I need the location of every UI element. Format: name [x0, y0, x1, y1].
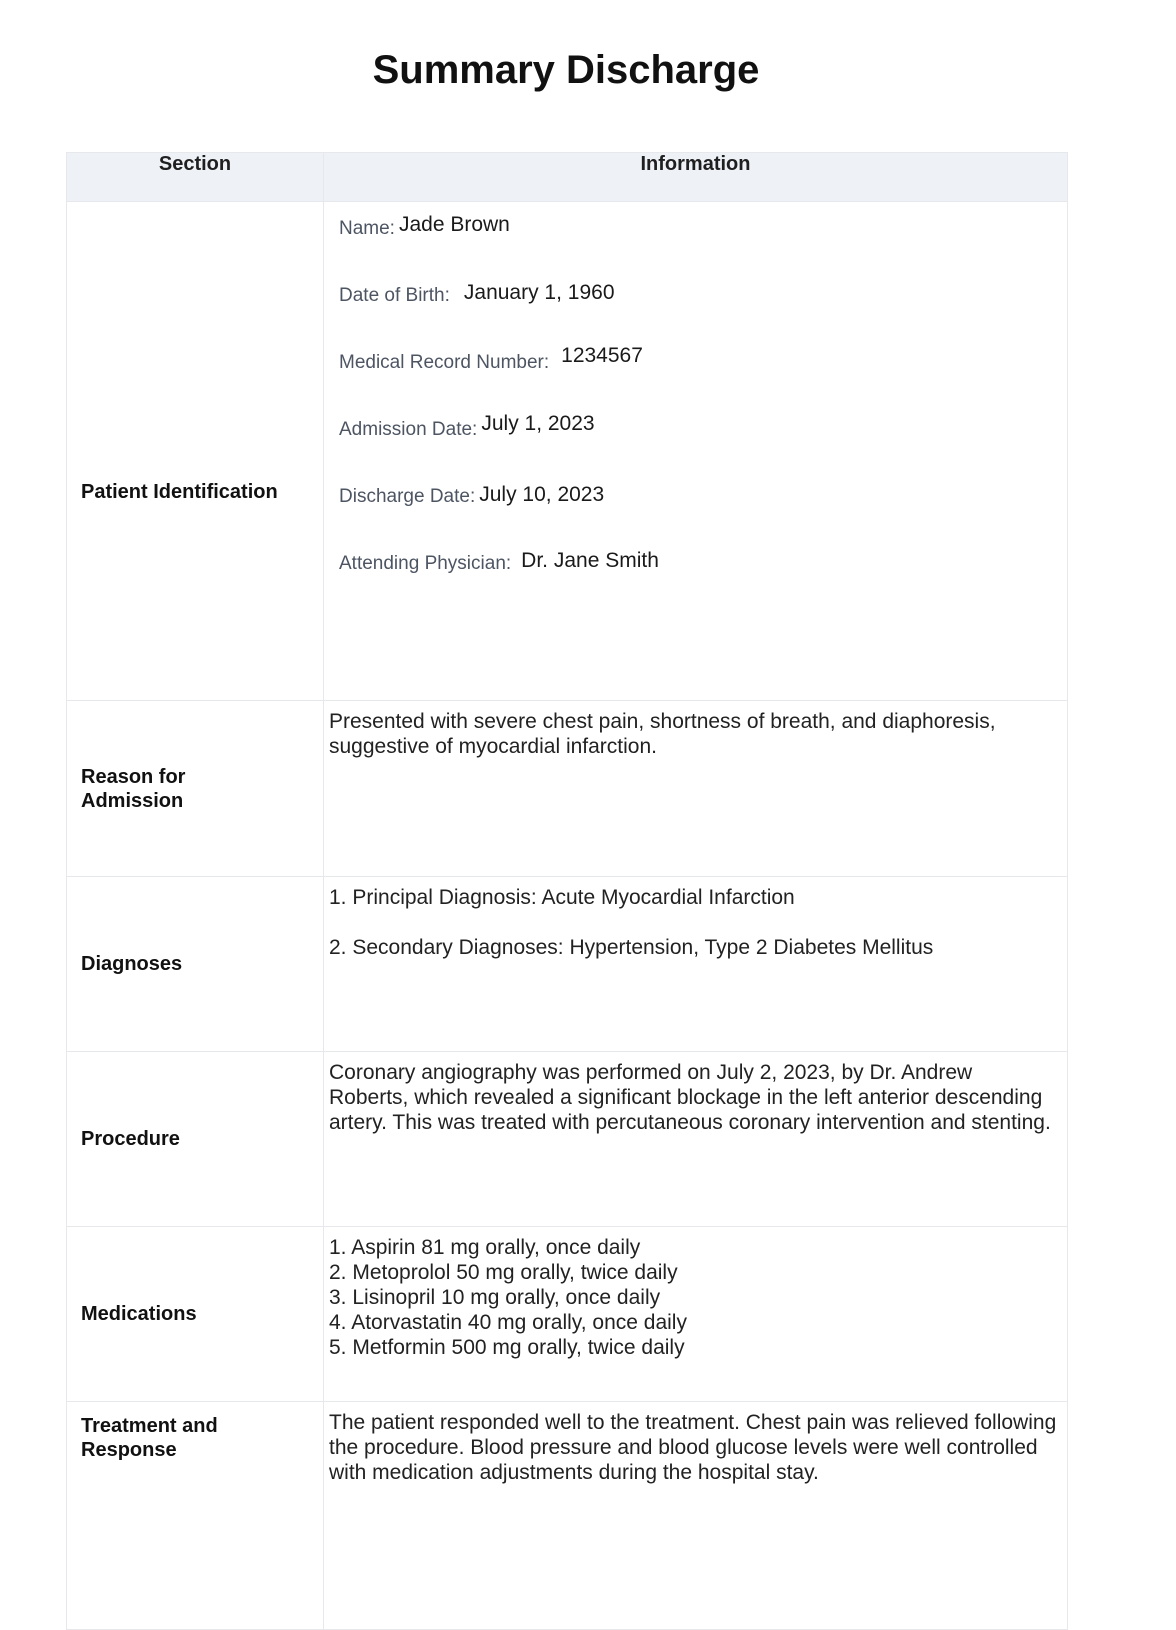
table-row-diagnoses: Diagnoses 1. Principal Diagnosis: Acute …: [67, 877, 1068, 1052]
field-value: 1234567: [561, 344, 643, 367]
reason-for-admission-text: Presented with severe chest pain, shortn…: [324, 701, 1068, 877]
field-label: Name:: [339, 218, 395, 239]
medication-item: 5. Metformin 500 mg orally, twice daily: [329, 1335, 1057, 1360]
field-label: Date of Birth:: [339, 285, 450, 306]
medications-info: 1. Aspirin 81 mg orally, once daily 2. M…: [324, 1227, 1068, 1402]
field-label: Admission Date:: [339, 419, 477, 440]
section-label: Treatment and Response: [67, 1402, 324, 1630]
treatment-and-response-text: The patient responded well to the treatm…: [324, 1402, 1068, 1630]
medication-item: 1. Aspirin 81 mg orally, once daily: [329, 1235, 1057, 1260]
field-value: January 1, 1960: [464, 281, 615, 304]
procedure-text: Coronary angiography was performed on Ju…: [324, 1052, 1068, 1227]
table-row-patient-identification: Patient Identification Name:Jade Brown D…: [67, 202, 1068, 701]
field-medical-record-number: Medical Record Number:1234567: [339, 350, 1067, 417]
medication-item: 3. Lisinopril 10 mg orally, once daily: [329, 1285, 1057, 1310]
discharge-summary-table: Section Information Patient Identificati…: [66, 152, 1068, 1630]
field-admission-date: Admission Date:July 1, 2023: [339, 417, 1067, 484]
table-header-row: Section Information: [67, 153, 1068, 202]
table-row-treatment-and-response: Treatment and Response The patient respo…: [67, 1402, 1068, 1630]
section-label: Patient Identification: [67, 202, 324, 701]
field-value: July 10, 2023: [479, 483, 604, 506]
field-value: July 1, 2023: [481, 412, 594, 435]
patient-identification-info: Name:Jade Brown Date of Birth:January 1,…: [324, 202, 1068, 701]
section-label: Diagnoses: [67, 877, 324, 1052]
field-label: Attending Physician:: [339, 553, 511, 574]
column-header-section: Section: [67, 153, 324, 202]
field-value: Jade Brown: [399, 213, 510, 236]
field-name: Name:Jade Brown: [339, 216, 1067, 283]
field-date-of-birth: Date of Birth:January 1, 1960: [339, 283, 1067, 350]
field-label: Discharge Date:: [339, 486, 475, 507]
diagnosis-item: 2. Secondary Diagnoses: Hypertension, Ty…: [329, 935, 1057, 960]
table-row-medications: Medications 1. Aspirin 81 mg orally, onc…: [67, 1227, 1068, 1402]
field-discharge-date: Discharge Date:July 10, 2023: [339, 484, 1067, 551]
column-header-information: Information: [324, 153, 1068, 202]
diagnosis-item: 1. Principal Diagnosis: Acute Myocardial…: [329, 885, 1057, 910]
field-attending-physician: Attending Physician:Dr. Jane Smith: [339, 551, 1067, 618]
table-row-reason-for-admission: Reason for Admission Presented with seve…: [67, 701, 1068, 877]
diagnoses-info: 1. Principal Diagnosis: Acute Myocardial…: [324, 877, 1068, 1052]
medication-item: 2. Metoprolol 50 mg orally, twice daily: [329, 1260, 1057, 1285]
section-label: Reason for Admission: [67, 701, 324, 877]
section-label: Procedure: [67, 1052, 324, 1227]
medication-item: 4. Atorvastatin 40 mg orally, once daily: [329, 1310, 1057, 1335]
document-title: Summary Discharge: [0, 48, 1132, 93]
section-label: Medications: [67, 1227, 324, 1402]
field-label: Medical Record Number:: [339, 352, 549, 373]
field-value: Dr. Jane Smith: [521, 549, 659, 572]
table-row-procedure: Procedure Coronary angiography was perfo…: [67, 1052, 1068, 1227]
